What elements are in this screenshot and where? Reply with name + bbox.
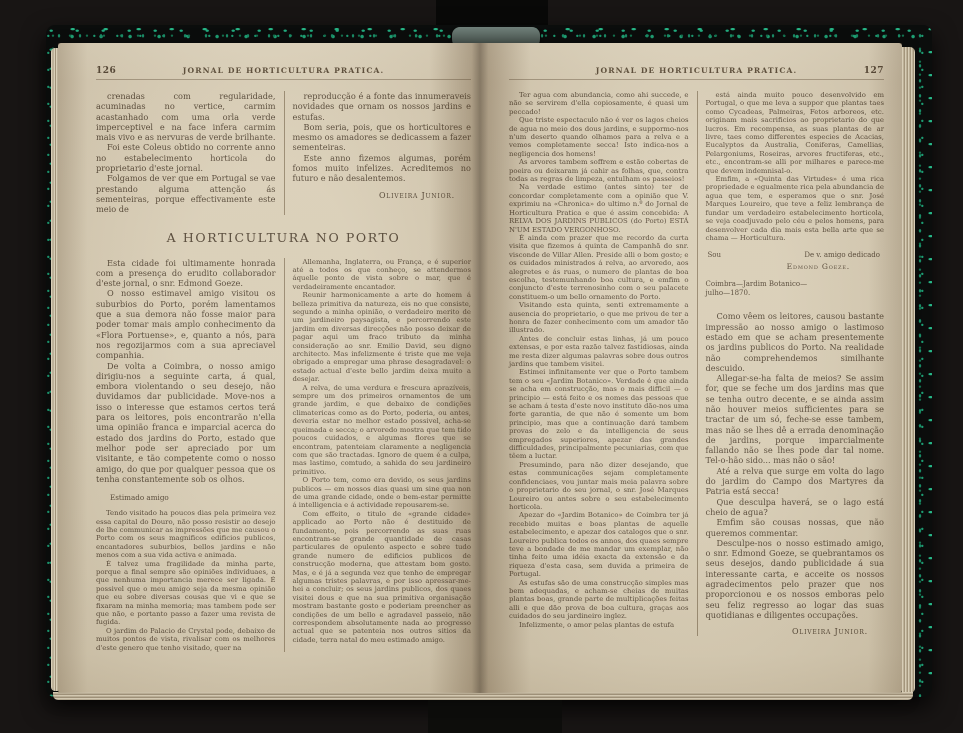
paragraph: Tendo visitado ha poucos dias pela prime…: [96, 509, 276, 559]
paragraph: reproducção é a fonte das innumeraveis n…: [293, 91, 472, 122]
letter-valediction: Sou De v. amigo dedicado: [708, 251, 881, 259]
letter-signature: Edmond Goeze.: [706, 262, 885, 271]
paragraph: Estimei infinitamente ver que o Porto ta…: [509, 368, 689, 460]
signature: Oliveira Junior.: [293, 191, 472, 200]
paragraph: Reunir harmonicamente a arte do homem á …: [293, 291, 472, 383]
letter-text: Tendo visitado ha poucos dias pela prime…: [96, 509, 276, 652]
letter-place-date: Coimbra—Jardim Botanico— julho—1870.: [706, 280, 885, 298]
paragraph: Com effeito, o titulo de «grande cidade»…: [293, 510, 472, 645]
running-title: JORNAL DE HORTICULTURA PRATICA.: [130, 66, 437, 75]
paragraph: Até a relva que surge em volta do lago d…: [706, 466, 885, 497]
page-stack-edge-right: [902, 47, 915, 693]
signature: Oliveira Junior.: [706, 627, 885, 636]
paragraph: Bom seria, pois, que os horticultores e …: [293, 122, 472, 153]
column-text: Esta cidade foi ultimamente honrada com …: [96, 258, 276, 485]
left-page-body: crenadas com regularidade, acuminadas no…: [96, 91, 471, 652]
paragraph: É talvez uma fragilidade da minha parte,…: [96, 560, 276, 627]
paragraph: O nosso estimavel amigo visitou os subur…: [96, 288, 276, 360]
right-page: JORNAL DE HORTICULTURA PRATICA. 127 Ter …: [484, 43, 902, 693]
page-number: 126: [96, 66, 130, 76]
right-page-header: JORNAL DE HORTICULTURA PRATICA. 127: [509, 66, 884, 80]
paragraph: É ainda com prazer que me recordo da cur…: [509, 234, 689, 301]
column: Allemanha, Inglaterra, ou França, e é su…: [284, 258, 472, 652]
paragraph: Ter agua com abundancia, como ahi succed…: [509, 91, 689, 116]
column: está ainda muito pouco desenvolvido em P…: [697, 91, 885, 636]
open-book-pages: 126 JORNAL DE HORTICULTURA PRATICA. cren…: [58, 43, 902, 693]
article-heading: A HORTICULTURA NO PORTO: [96, 230, 471, 245]
letter-text: Ter agua com abundancia, como ahi succed…: [509, 91, 689, 629]
book-scan-photo: 126 JORNAL DE HORTICULTURA PRATICA. cren…: [0, 0, 963, 733]
paragraph: Que desculpa haverá, se o lago está chei…: [706, 497, 885, 518]
page-number: 127: [850, 66, 884, 76]
paragraph: Allemanha, Inglaterra, ou França, e é su…: [293, 258, 472, 292]
spine-gap-top: [436, 0, 548, 27]
paragraph: A relva, de uma verdura e frescura apraz…: [293, 384, 472, 476]
paragraph: crenadas com regularidade, acuminadas no…: [96, 91, 276, 142]
valediction-left: Sou: [708, 251, 722, 259]
column: reproducção é a fonte das innumeraveis n…: [284, 91, 472, 215]
section-two: Esta cidade foi ultimamente honrada com …: [96, 258, 471, 652]
column: crenadas com regularidade, acuminadas no…: [96, 91, 284, 215]
place-line: Coimbra—Jardim Botanico—: [706, 280, 808, 288]
date-line: julho—1870.: [706, 289, 751, 297]
paragraph: Antes de concluir estas linhas, já um po…: [509, 335, 689, 369]
paragraph: Allegar-se-ha falta de meios? Se assim f…: [706, 373, 885, 466]
paragraph: Apezar do «Jardim Botanico» de Coimbra t…: [509, 511, 689, 578]
paragraph: Na verdade estimo (antes sinto) ter de c…: [509, 183, 689, 233]
paragraph: De volta a Coimbra, o nosso amigo dirigi…: [96, 361, 276, 485]
column-text: reproducção é a fonte das innumeraveis n…: [293, 91, 472, 184]
paragraph: Foi este Coleus obtido no corrente anno …: [96, 142, 276, 173]
paragraph: Folgamos de ver que em Portugal se vae p…: [96, 173, 276, 214]
paragraph: Desculpe-nos o nosso estimado amigo, o s…: [706, 538, 885, 620]
valediction-right: De v. amigo dedicado: [804, 251, 880, 259]
left-page: 126 JORNAL DE HORTICULTURA PRATICA. cren…: [58, 43, 484, 693]
paragraph: Visitando esta quinta, senti extremament…: [509, 301, 689, 335]
paragraph: Que triste espectaculo não é ver os lago…: [509, 116, 689, 158]
paragraph: Infelizmente, o amor pelas plantas de es…: [509, 621, 689, 629]
spine-gap-bottom: [428, 699, 562, 733]
column: Esta cidade foi ultimamente honrada com …: [96, 258, 284, 652]
running-title: JORNAL DE HORTICULTURA PRATICA.: [543, 66, 850, 75]
page-stack-edge-left: [51, 48, 58, 691]
page-spread: 126 JORNAL DE HORTICULTURA PRATICA. cren…: [58, 43, 902, 693]
page-stack-edge-bottom: [53, 692, 913, 700]
letter-text: Allemanha, Inglaterra, ou França, e é su…: [293, 258, 472, 645]
letter-text: está ainda muito pouco desenvolvido em P…: [706, 91, 885, 242]
paragraph: Presumindo, para não dizer desejando, qu…: [509, 461, 689, 511]
section-one: crenadas com regularidade, acuminadas no…: [96, 91, 471, 215]
paragraph: As arvores tambem soffrem e estão cobert…: [509, 158, 689, 183]
right-page-body: Ter agua com abundancia, como ahi succed…: [509, 91, 884, 636]
paragraph: O Porto tem, como era devido, os seus ja…: [293, 476, 472, 510]
paragraph: Como vêem os leitores, causou bastante i…: [706, 311, 885, 373]
left-page-header: 126 JORNAL DE HORTICULTURA PRATICA.: [96, 66, 471, 80]
letter-salutation: Estimado amigo: [110, 493, 276, 502]
section: Ter agua com abundancia, como ahi succed…: [509, 91, 884, 636]
paragraph: Esta cidade foi ultimamente honrada com …: [96, 258, 276, 289]
paragraph: As estufas são de uma construcção simple…: [509, 579, 689, 621]
paragraph: Este anno fizemos algumas, porém fomos m…: [293, 153, 472, 184]
paragraph: está ainda muito pouco desenvolvido em P…: [706, 91, 885, 175]
paragraph: Emfim, a «Quinta das Virtudes» é uma ric…: [706, 175, 885, 242]
paragraph: Emfim são cousas nossas, que não queremo…: [706, 517, 885, 538]
column: Ter agua com abundancia, como ahi succed…: [509, 91, 697, 636]
editor-comment: Como vêem os leitores, causou bastante i…: [706, 311, 885, 620]
paragraph: O jardim do Palacio de Crystal pode, deb…: [96, 627, 276, 652]
